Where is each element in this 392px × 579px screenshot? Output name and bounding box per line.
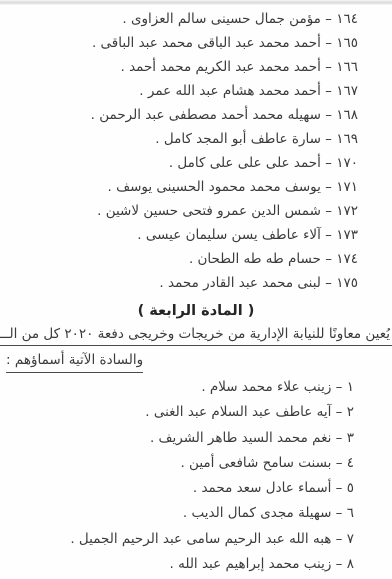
list-item: ٣ – نغم محمد السيد طاهر الشريف . [0,426,392,451]
list-item: ٧ – هبه الله عبد الرحيم سامى عبد الرحيم … [0,527,392,552]
list-item: ٤ – بسنت سامح شافعى أمين . [0,451,392,476]
appointment-clause-line1: يُعين معاونًا للنيابة الإدارية من خريجات… [0,324,392,346]
list-item: ١٧٥ – لبنى محمد عبد القادر محمد . [0,271,392,295]
list-item: ١٦٨ – سهيله محمد أحمد مصطفى عبد الرحمن . [0,103,392,127]
list-item: ١٧٠ – أحمد على على على كامل . [0,151,392,175]
list-item: ١٧٢ – شمس الدين عمرو فتحى حسين لاشين . [0,199,392,223]
appointment-clause-line2: والسادة الآتية أسماؤهم : [0,349,392,371]
list-item: ١٧٤ – حسام طه طه الطحان . [0,247,392,271]
scanned-decree-page: ١٦٤ – مؤمن جمال حسينى سالم العزاوى . ١٦٥… [0,0,392,579]
appointees-list-upper: ١٦٤ – مؤمن جمال حسينى سالم العزاوى . ١٦٥… [0,7,392,295]
list-item: ١٧١ – يوسف محمد محمود الحسينى يوسف . [0,175,392,199]
appointment-clause-line2-text: والسادة الآتية أسماؤهم : [6,349,143,373]
list-item: ١٦٧ – أحمد محمد هشام عبد الله عمر . [0,79,392,103]
list-item: ١٧٣ – آلاء عاطف يسن سليمان عيسى . [0,223,392,247]
list-item: ٦ – سهيلة مجدى كمال الديب . [0,501,392,526]
list-item: ٢ – آيه عاطف عبد السلام عبد الغنى . [0,400,392,425]
list-item: ١٦٥ – أحمد محمد عبد الباقى محمد عبد البا… [0,31,392,55]
article-four-heading: ( المادة الرابعة ) [0,298,392,324]
list-item: ١٦٩ – سارة عاطف أبو المجد كامل . [0,127,392,151]
scan-edge-artifact [0,0,392,5]
list-item: ١٦٦ – أحمد محمد عبد الكريم محمد أحمد . [0,55,392,79]
list-item: ١٦٤ – مؤمن جمال حسينى سالم العزاوى . [0,7,392,31]
appointees-list-lower: ١ – زينب علاء محمد سلام . ٢ – آيه عاطف ع… [0,375,392,577]
list-item: ١ – زينب علاء محمد سلام . [0,375,392,400]
list-item: ٨ – زينب محمد إبراهيم عبد الله . [0,552,392,577]
list-item: ٥ – أسماء عادل سعد محمد . [0,476,392,501]
